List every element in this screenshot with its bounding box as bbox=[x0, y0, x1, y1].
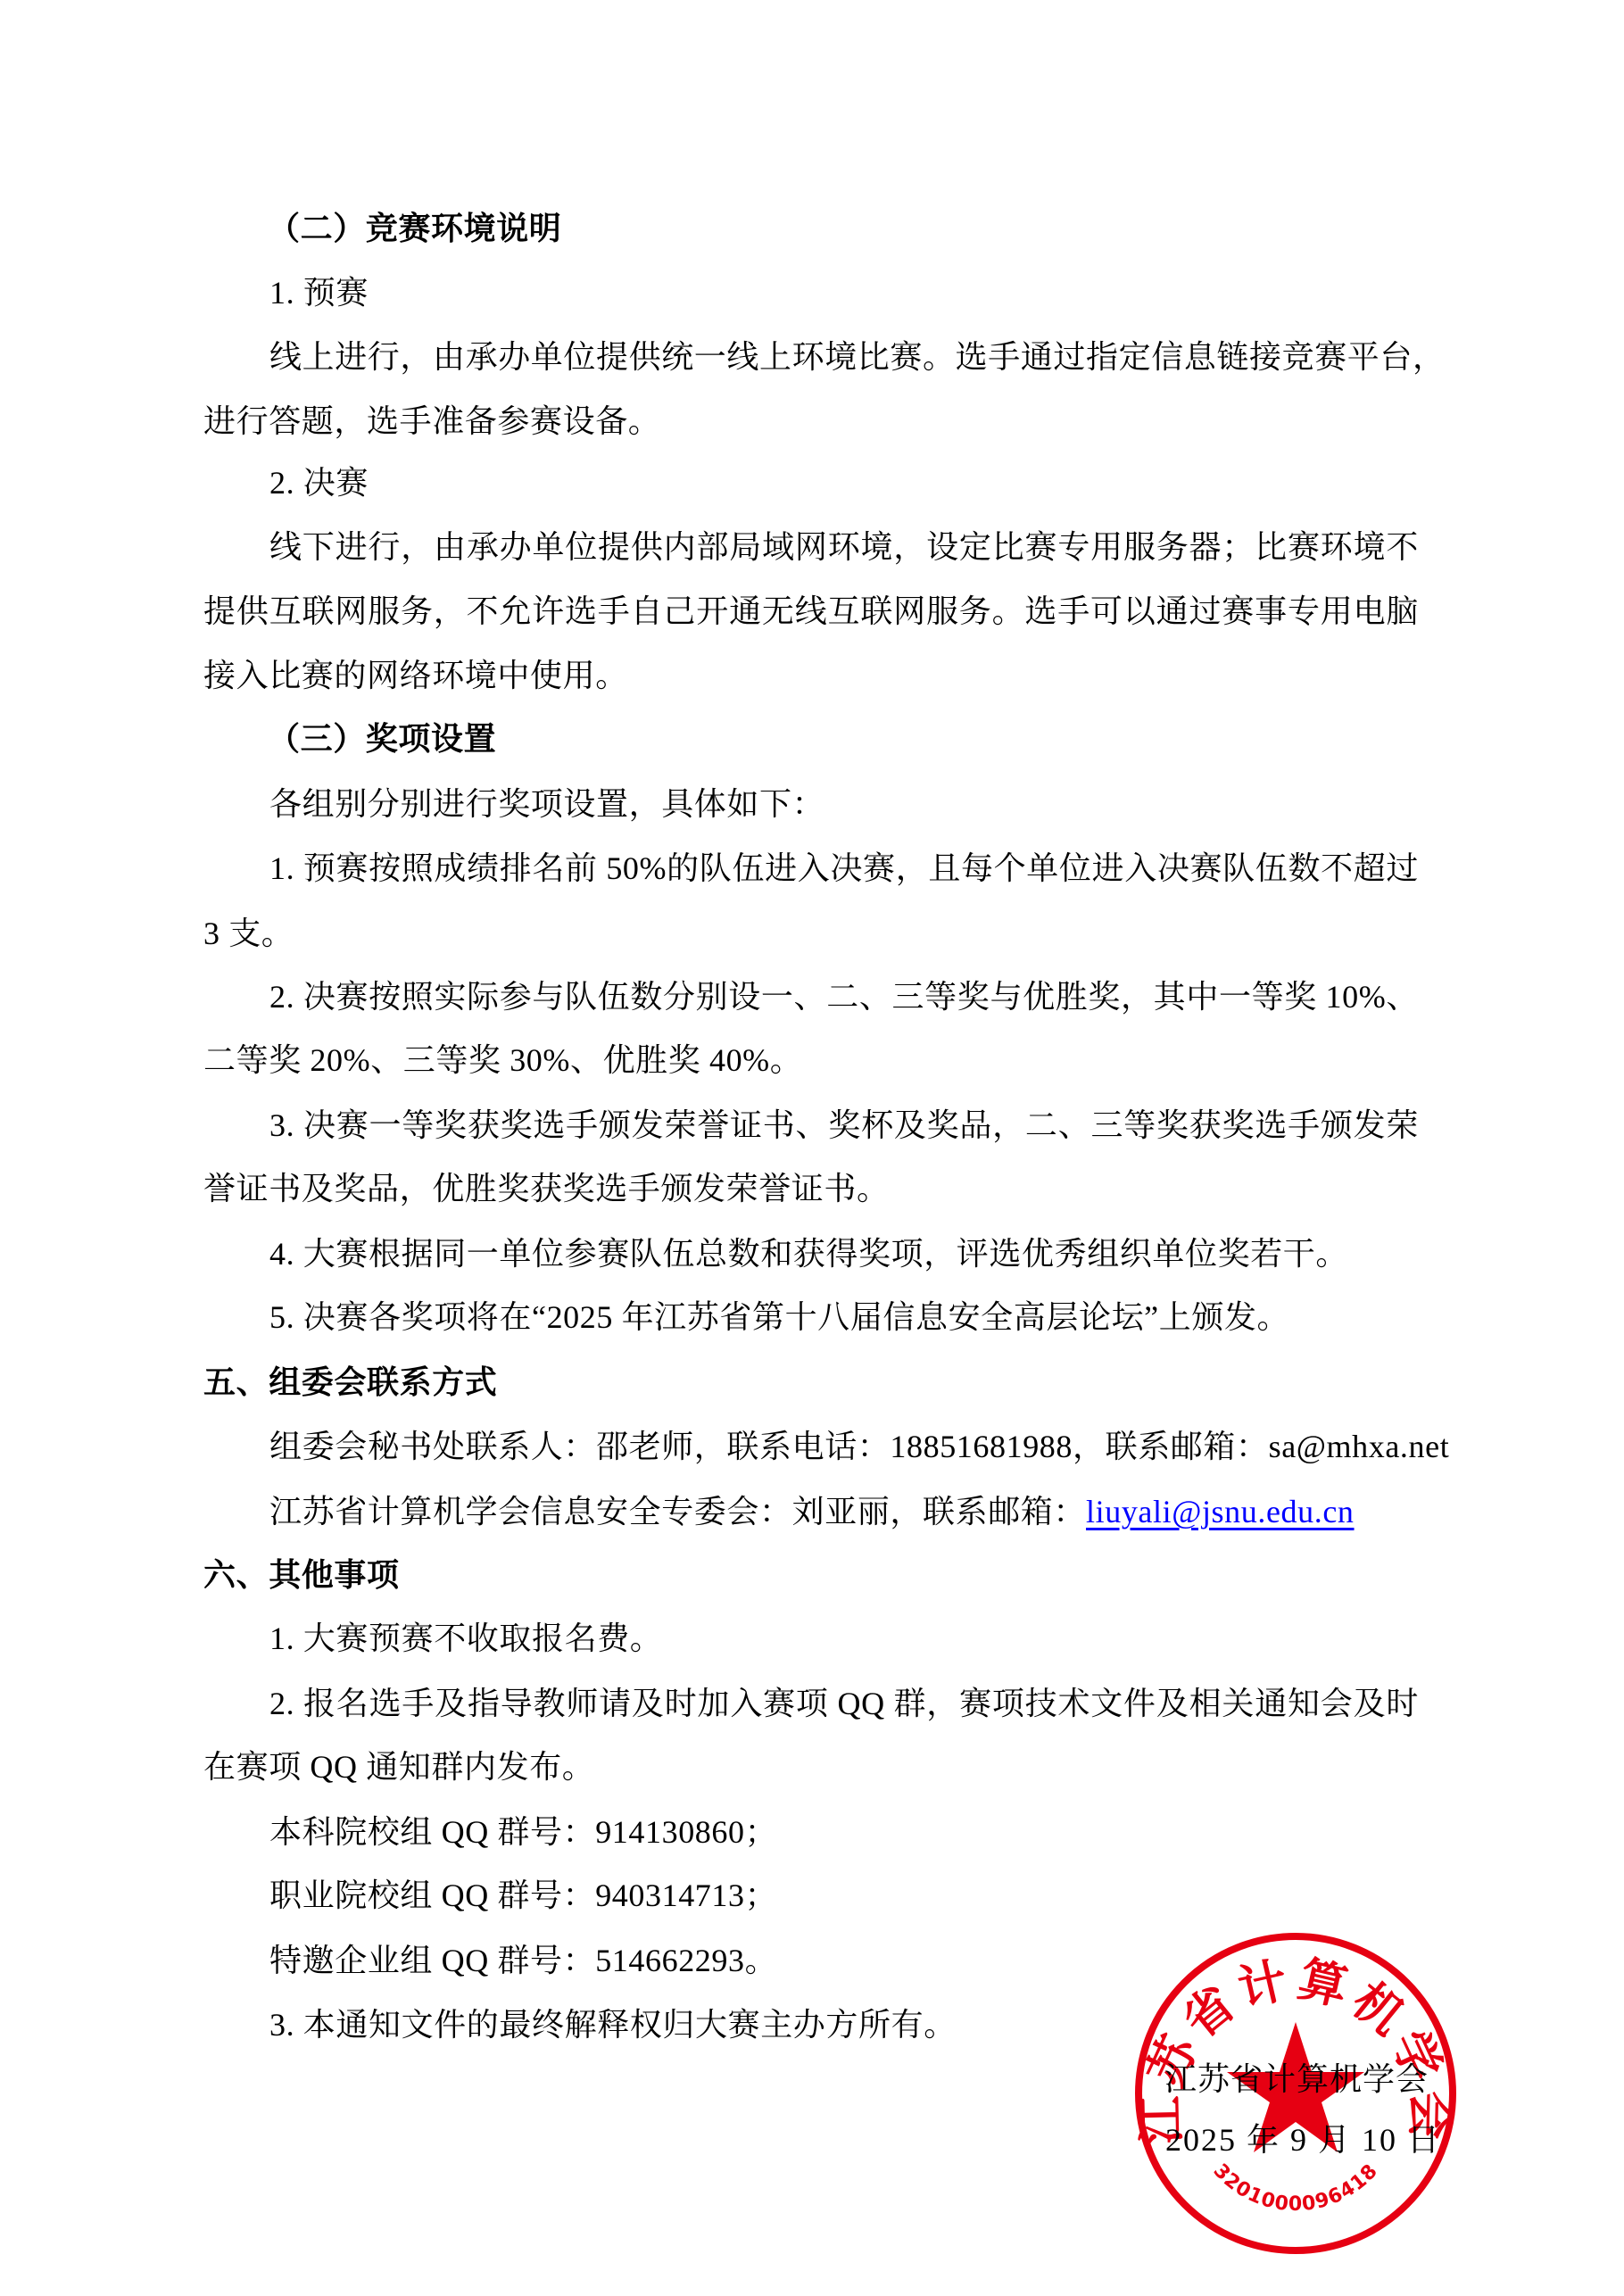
other-item2-line1: 2. 报名选手及指导教师请及时加入赛项 QQ 群，赛项技术文件及相关通知会及时 bbox=[269, 1671, 1419, 1736]
other-item2-line2: 在赛项 QQ 通知群内发布。 bbox=[203, 1735, 1419, 1799]
signature-date: 2025 年 9 月 10 日 bbox=[1165, 2118, 1441, 2162]
seal-number: 3201000096418 bbox=[1209, 2159, 1383, 2216]
other-item1: 1. 大赛预赛不收取报名费。 bbox=[269, 1606, 1419, 1670]
section-heading-awards: （三）奖项设置 bbox=[268, 707, 1483, 771]
awards-item3-line2: 誉证书及奖品，优胜奖获奖选手颁发荣誉证书。 bbox=[203, 1156, 1419, 1221]
section-heading-contact: 五、组委会联系方式 bbox=[203, 1350, 1419, 1414]
qq-group-undergrad: 本科院校组 QQ 群号：914130860； bbox=[269, 1800, 1419, 1864]
contact-committee-label: 江苏省计算机学会信息安全专委会：刘亚丽，联系邮箱： bbox=[269, 1494, 1086, 1529]
subheading-prelim: 1. 预赛 bbox=[269, 261, 1419, 325]
email-link[interactable]: liuyali@jsnu.edu.cn bbox=[1086, 1494, 1355, 1529]
subheading-final: 2. 决赛 bbox=[269, 451, 1419, 515]
paragraph-final-line1: 线下进行，由承办单位提供内部局域网环境，设定比赛专用服务器；比赛环境不 bbox=[269, 515, 1419, 579]
paragraph-prelim-line2: 进行答题，选手准备参赛设备。 bbox=[203, 389, 1419, 453]
paragraph-final-line3: 接入比赛的网络环境中使用。 bbox=[203, 643, 1419, 708]
awards-item2-line2: 二等奖 20%、三等奖 30%、优胜奖 40%。 bbox=[203, 1028, 1419, 1092]
signature-org: 江苏省计算机学会 bbox=[1164, 2057, 1429, 2101]
awards-item3-line1: 3. 决赛一等奖获奖选手颁发荣誉证书、奖杯及奖品，二、三等奖获奖选手颁发荣 bbox=[269, 1093, 1419, 1157]
awards-item5: 5. 决赛各奖项将在“2025 年江苏省第十八届信息安全高层论坛”上颁发。 bbox=[269, 1285, 1419, 1349]
awards-item4: 4. 大赛根据同一单位参赛队伍总数和获得奖项，评选优秀组织单位奖若干。 bbox=[269, 1222, 1419, 1286]
contact-secretariat: 组委会秘书处联系人：邵老师，联系电话：18851681988，联系邮箱：sa@m… bbox=[269, 1414, 1419, 1479]
section-heading-other: 六、其他事项 bbox=[203, 1543, 1419, 1607]
section-heading-environment: （二）竞赛环境说明 bbox=[268, 196, 1483, 261]
awards-item1-line2: 3 支。 bbox=[203, 901, 1419, 966]
svg-text:3201000096418: 3201000096418 bbox=[1209, 2159, 1383, 2216]
paragraph-prelim-line1: 线上进行，由承办单位提供统一线上环境比赛。选手通过指定信息链接竞赛平台， bbox=[269, 325, 1419, 389]
awards-item1-line1: 1. 预赛按照成绩排名前 50%的队伍进入决赛，且每个单位进入决赛队伍数不超过 bbox=[269, 836, 1419, 900]
paragraph-final-line2: 提供互联网服务，不允许选手自己开通无线互联网服务。选手可以通过赛事专用电脑 bbox=[203, 579, 1419, 643]
awards-item2-line1: 2. 决赛按照实际参与队伍数分别设一、二、三等奖与优胜奖，其中一等奖 10%、 bbox=[269, 965, 1419, 1029]
awards-intro: 各组别分别进行奖项设置，具体如下： bbox=[269, 772, 1419, 836]
qq-group-vocational: 职业院校组 QQ 群号：940314713； bbox=[269, 1863, 1419, 1927]
contact-committee: 江苏省计算机学会信息安全专委会：刘亚丽，联系邮箱：liuyali@jsnu.ed… bbox=[269, 1480, 1419, 1544]
